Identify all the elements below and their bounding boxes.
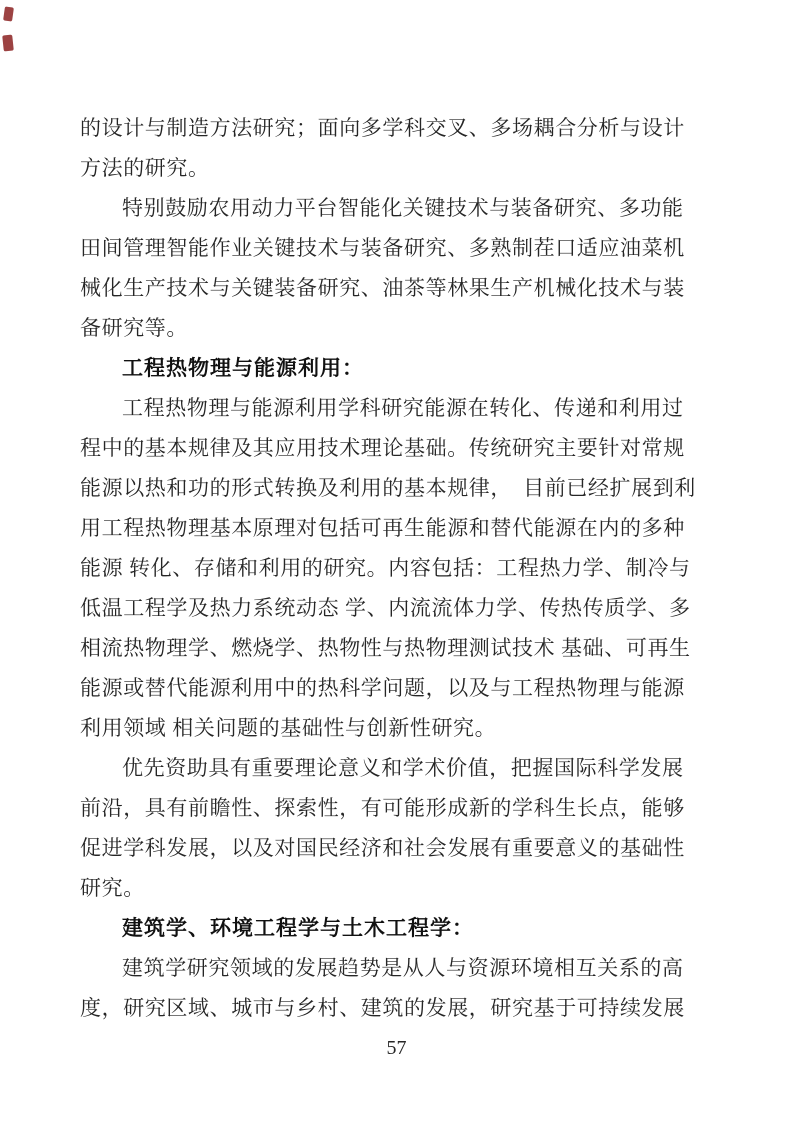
text-line: 备研究等。	[80, 308, 696, 348]
red-stamp-fragment-icon	[3, 6, 14, 21]
text-line: 前沿，具有前瞻性、探索性，有可能形成新的学科生长点，能够	[80, 788, 696, 828]
text-line: 能源以热和功的形式转换及利用的基本规律， 目前已经扩展到利	[80, 468, 696, 508]
section-heading: 工程热物理与能源利用：	[80, 348, 696, 388]
text-line: 用工程热物理基本原理对包括可再生能源和替代能源在内的多种	[80, 508, 696, 548]
text-line: 度，研究区域、城市与乡村、建筑的发展，研究基于可持续发展	[80, 988, 696, 1028]
text-line: 特别鼓励农用动力平台智能化关键技术与装备研究、多功能	[80, 188, 696, 228]
text-line: 促进学科发展，以及对国民经济和社会发展有重要意义的基础性	[80, 828, 696, 868]
text-line: 工程热物理与能源利用学科研究能源在转化、传递和利用过	[80, 388, 696, 428]
text-line: 能源或替代能源利用中的热科学问题，以及与工程热物理与能源	[80, 668, 696, 708]
page-body: 的设计与制造方法研究；面向多学科交叉、多场耦合分析与设计 方法的研究。 特别鼓励…	[80, 108, 696, 1028]
text-line: 低温工程学及热力系统动态 学、内流流体力学、传热传质学、多	[80, 588, 696, 628]
text-line: 程中的基本规律及其应用技术理论基础。传统研究主要针对常规	[80, 428, 696, 468]
text-line: 械化生产技术与关键装备研究、油茶等林果生产机械化技术与装	[80, 268, 696, 308]
text-line: 方法的研究。	[80, 148, 696, 188]
text-line: 的设计与制造方法研究；面向多学科交叉、多场耦合分析与设计	[80, 108, 696, 148]
text-line: 田间管理智能作业关键技术与装备研究、多熟制茬口适应油菜机	[80, 228, 696, 268]
text-line: 优先资助具有重要理论意义和学术价值，把握国际科学发展	[80, 748, 696, 788]
text-line: 相流热物理学、燃烧学、热物性与热物理测试技术 基础、可再生	[80, 628, 696, 668]
document-page: 的设计与制造方法研究；面向多学科交叉、多场耦合分析与设计 方法的研究。 特别鼓励…	[0, 0, 793, 1122]
page-number: 57	[0, 1028, 793, 1068]
text-line: 研究。	[80, 868, 696, 908]
text-line: 能源 转化、存储和利用的研究。内容包括：工程热力学、制冷与	[80, 548, 696, 588]
text-line: 利用领域 相关问题的基础性与创新性研究。	[80, 708, 696, 748]
section-heading: 建筑学、环境工程学与土木工程学：	[80, 908, 696, 948]
text-line: 建筑学研究领域的发展趋势是从人与资源环境相互关系的高	[80, 948, 696, 988]
red-stamp-fragment-icon	[2, 35, 14, 52]
